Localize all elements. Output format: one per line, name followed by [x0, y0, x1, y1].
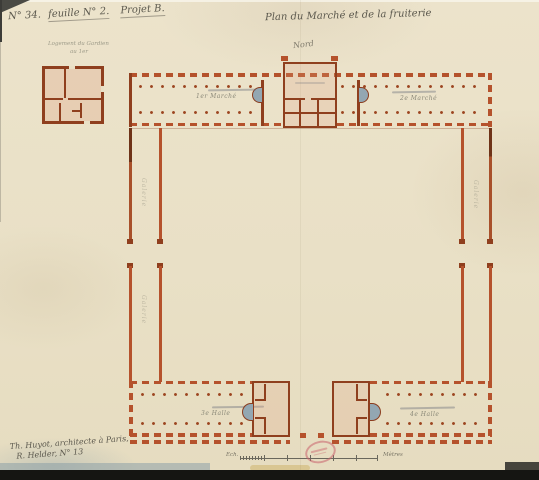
gallery-right-inner-wall	[461, 128, 464, 242]
scale-tick	[377, 455, 378, 461]
scale-tick	[264, 455, 265, 461]
sw-hall-columns-row	[140, 421, 250, 426]
gallery-right-outer-wall	[489, 266, 492, 382]
guardhouse-caption-line2: au 1er	[70, 49, 88, 55]
guardhouse-caption-line1: Logement du Gardien	[48, 41, 109, 47]
north-wing-inner-wall-right	[337, 123, 492, 126]
door-gap	[69, 66, 75, 69]
se-hall-outer-dash	[332, 440, 492, 444]
north-label: Nord	[293, 39, 315, 50]
scale-label-left: Ech.	[226, 452, 238, 458]
ink-stroke	[208, 89, 256, 91]
sw-hall-outer-dash	[130, 440, 290, 444]
guardhouse-partition	[64, 69, 66, 98]
north-wing-left-end-wall	[129, 73, 132, 127]
ink-stroke	[392, 91, 436, 93]
door-gap	[84, 121, 90, 124]
scan-left-edge	[0, 0, 2, 42]
scanned-plan-sheet: N° 34. feuille N° 2. Projet B. Plan du M…	[0, 0, 539, 480]
guardhouse-partition	[45, 98, 63, 100]
pavilion-partition	[285, 112, 335, 114]
project-note: Projet B.	[120, 3, 165, 18]
se-hall-bottom-wall	[370, 433, 492, 437]
se-hall-columns-row	[385, 421, 485, 426]
sw-hall-columns-row	[140, 392, 250, 397]
pavilion-outer-wall	[332, 381, 370, 437]
se-hall-right-wall	[488, 381, 492, 437]
north-wing-baseline	[130, 128, 492, 129]
gallery-wall-foot	[127, 239, 133, 244]
pavilion-partition	[317, 100, 319, 126]
sw-hall-bottom-wall	[130, 433, 252, 437]
scan-bottom-band	[0, 470, 539, 480]
gallery-left-outer-wall	[129, 128, 132, 242]
hall-4-label: 4e Halle	[410, 411, 439, 418]
sw-hall-left-wall	[129, 381, 133, 437]
pavilion-partition	[264, 384, 266, 400]
ink-stroke	[400, 407, 455, 409]
pavilion-partition	[264, 417, 266, 434]
hall-3-label: 3e Halle	[201, 410, 230, 417]
stamp-inner-mark	[313, 452, 326, 456]
sheet-inscription: N° 34. feuille N° 2. Projet B.	[8, 1, 208, 22]
north-wing-columns-row	[138, 110, 258, 115]
sw-pavilion	[252, 381, 290, 437]
gallery-left-lower-label: Galerie	[140, 295, 147, 324]
gallery-right-label: Galerie	[472, 180, 479, 209]
sheet-number: N° 34.	[8, 10, 41, 23]
gallery-left-outer-wall	[129, 266, 132, 382]
scale-label-right: Mètres	[383, 452, 403, 458]
gate-pier	[318, 433, 324, 438]
north-wing-columns-row	[340, 110, 484, 115]
plan-title: Plan du Marché et de la fruiterie	[265, 8, 435, 23]
gallery-right-outer-wall	[489, 128, 492, 242]
pavilion-corner-tick	[331, 56, 338, 61]
pavilion-outer-wall	[283, 62, 337, 128]
gallery-left-inner-wall	[159, 128, 162, 242]
fountain-apse	[242, 403, 253, 421]
se-pavilion	[332, 381, 370, 437]
pavilion-partition	[255, 417, 266, 419]
hall-1-label: 1er Marché	[196, 93, 237, 100]
scale-tick	[287, 455, 288, 461]
guardhouse-plan	[42, 66, 104, 124]
guardhouse-partition	[68, 98, 101, 100]
fountain-apse	[370, 403, 381, 421]
sw-hall-top-wall	[130, 381, 252, 384]
north-centre-pavilion	[283, 62, 337, 128]
door-gap	[101, 86, 104, 92]
pavilion-partition	[356, 384, 358, 400]
ink-stroke	[295, 82, 325, 84]
scan-left-edge-faint	[0, 42, 1, 222]
pavilion-partition	[356, 399, 367, 401]
hall-2-label: 2e Marché	[400, 95, 437, 102]
guardhouse-outer-wall	[42, 66, 104, 124]
scale-fine-ticks	[240, 456, 264, 460]
pavilion-partition	[285, 98, 305, 100]
se-hall-top-wall	[370, 381, 492, 384]
pavilion-partition	[299, 100, 301, 126]
gallery-left-inner-wall	[159, 266, 162, 382]
gallery-left-upper-label: Galerie	[140, 178, 147, 207]
pavilion-partition	[255, 399, 266, 401]
scale-tick	[356, 455, 357, 461]
pavilion-partition	[311, 98, 335, 100]
gate-pier	[300, 433, 306, 438]
gallery-wall-foot	[157, 239, 163, 244]
gallery-wall-foot	[487, 239, 493, 244]
signature-block: Th. Huyot, architecte à Paris, R. Helder…	[9, 434, 129, 462]
pavilion-outer-wall	[252, 381, 290, 437]
pavilion-partition	[356, 417, 358, 434]
gallery-wall-foot	[459, 239, 465, 244]
pavilion-partition	[356, 417, 367, 419]
sheet-note: feuille N° 2.	[48, 6, 110, 22]
se-hall-columns-row	[385, 392, 485, 397]
guardhouse-partition	[72, 110, 81, 112]
north-wing-right-end-wall	[488, 73, 492, 127]
fountain-apse	[359, 87, 369, 103]
scan-top-edge-highlight	[0, 0, 539, 2]
gallery-right-inner-wall	[461, 266, 464, 382]
pavilion-corner-tick	[281, 56, 288, 61]
guardhouse-partition	[59, 103, 61, 121]
